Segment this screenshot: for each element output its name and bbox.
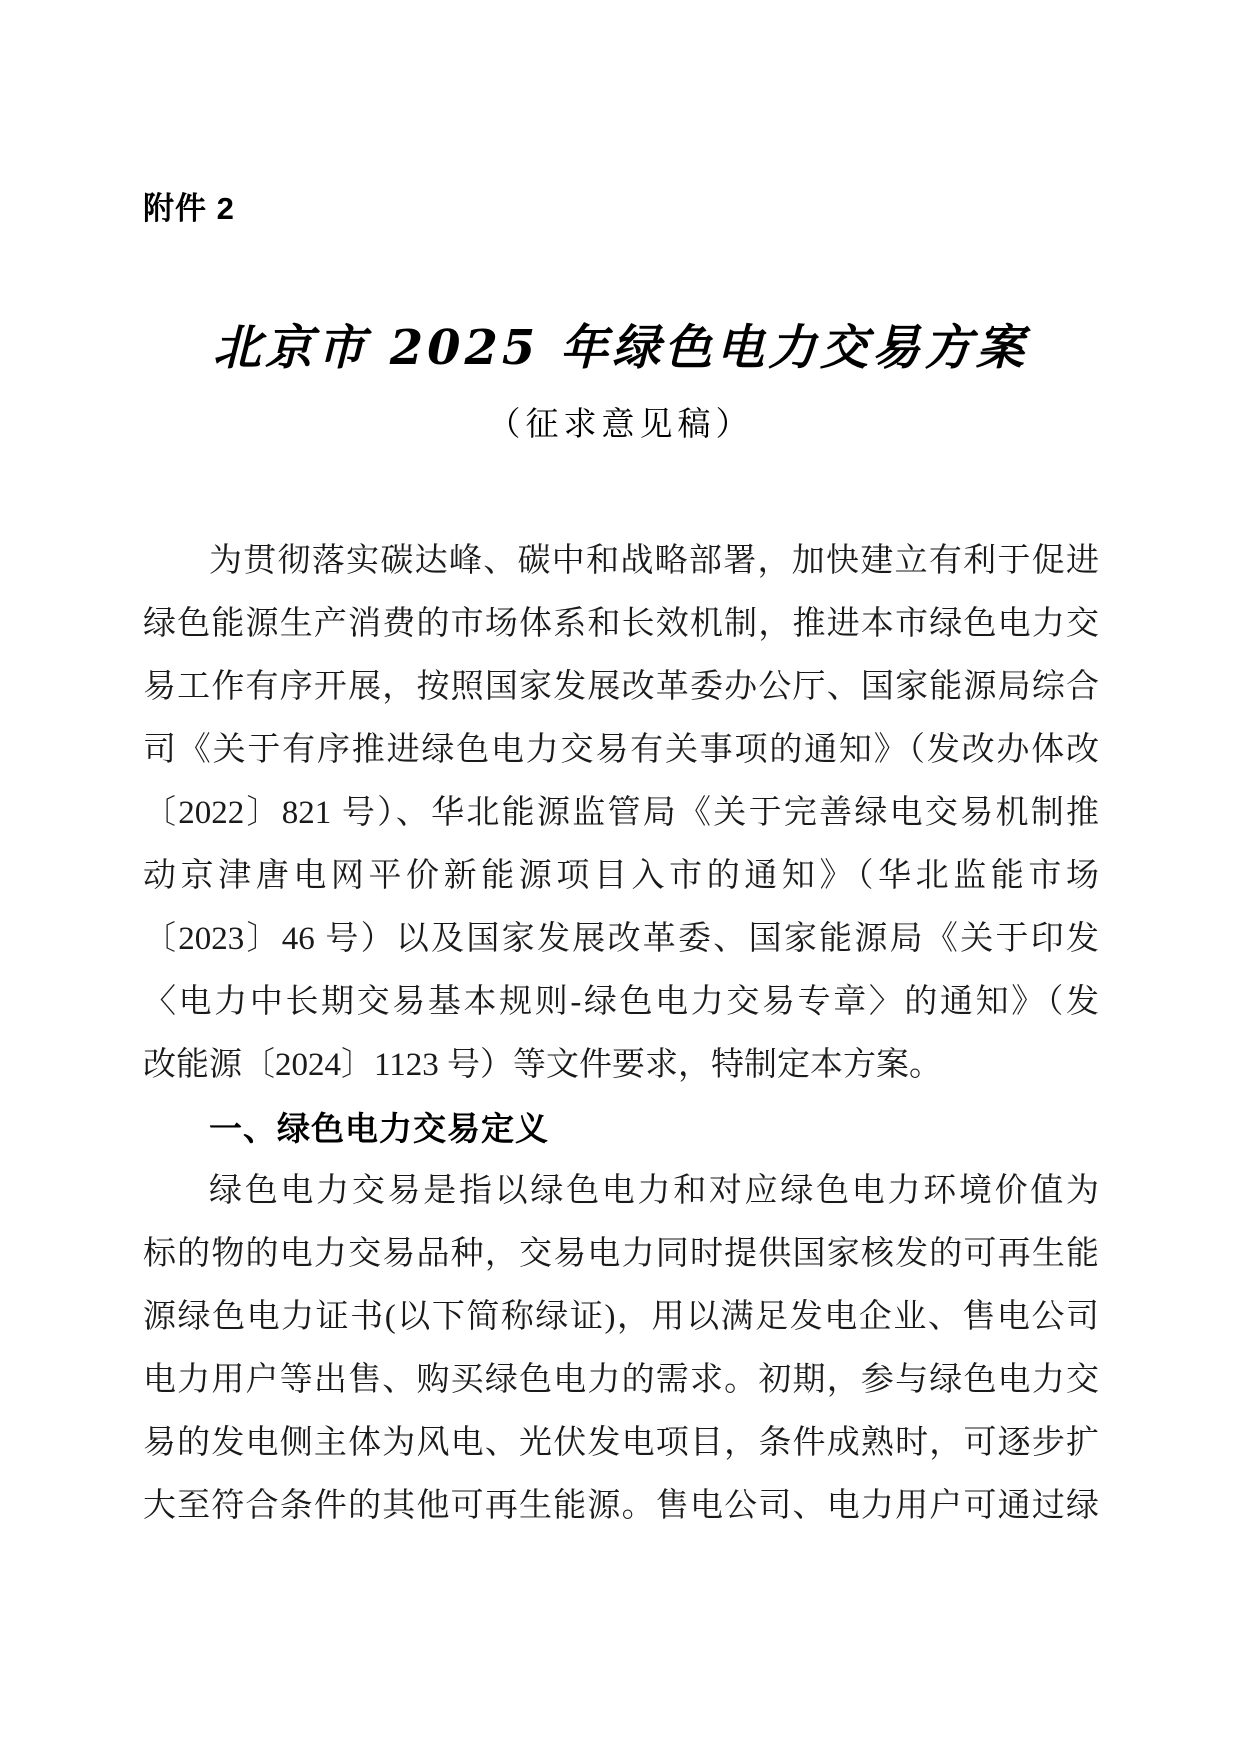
document-page: 附件 2 北京市 2025 年绿色电力交易方案 （征求意见稿） 为贯彻落实碳达峰… xyxy=(0,0,1241,1754)
text-line: 〈电力中长期交易基本规则-绿色电力交易专章〉的通知》（发 xyxy=(143,971,1099,1034)
attachment-label: 附件 2 xyxy=(143,190,235,227)
text-line: 绿色电力交易是指以绿色电力和对应绿色电力环境价值为 xyxy=(143,1160,1099,1223)
text-line: 改能源〔2024〕1123 号）等文件要求，特制定本方案。 xyxy=(143,1034,1099,1097)
document-subtitle: （征求意见稿） xyxy=(0,404,1241,447)
text-line: 易工作有序开展，按照国家发展改革委办公厅、国家能源局综合 xyxy=(143,656,1099,719)
paragraph-intro: 为贯彻落实碳达峰、碳中和战略部署，加快建立有利于促进绿色能源生产消费的市场体系和… xyxy=(143,530,1099,1097)
text-line: 司《关于有序推进绿色电力交易有关事项的通知》（发改办体改 xyxy=(143,719,1099,782)
paragraph-definition: 绿色电力交易是指以绿色电力和对应绿色电力环境价值为标的物的电力交易品种，交易电力… xyxy=(143,1160,1099,1538)
text-line: 动京津唐电网平价新能源项目入市的通知》（华北监能市场 xyxy=(143,845,1099,908)
document-title: 北京市 2025 年绿色电力交易方案 xyxy=(0,318,1241,378)
text-line: 标的物的电力交易品种，交易电力同时提供国家核发的可再生能 xyxy=(143,1223,1099,1286)
text-line: 〔2022〕821 号）、华北能源监管局《关于完善绿电交易机制推 xyxy=(143,782,1099,845)
text-line: 为贯彻落实碳达峰、碳中和战略部署，加快建立有利于促进 xyxy=(143,530,1099,593)
text-line: 易的发电侧主体为风电、光伏发电项目，条件成熟时，可逐步扩 xyxy=(143,1412,1099,1475)
text-line: 绿色能源生产消费的市场体系和长效机制，推进本市绿色电力交 xyxy=(143,593,1099,656)
text-line: 电力用户等出售、购买绿色电力的需求。初期，参与绿色电力交 xyxy=(143,1349,1099,1412)
text-line: 大至符合条件的其他可再生能源。售电公司、电力用户可通过绿 xyxy=(143,1475,1099,1538)
text-line: 源绿色电力证书(以下简称绿证)，用以满足发电企业、售电公司 xyxy=(143,1286,1099,1349)
text-line: 〔2023〕46 号）以及国家发展改革委、国家能源局《关于印发 xyxy=(143,908,1099,971)
section-heading-1: 一、绿色电力交易定义 xyxy=(143,1097,1099,1160)
